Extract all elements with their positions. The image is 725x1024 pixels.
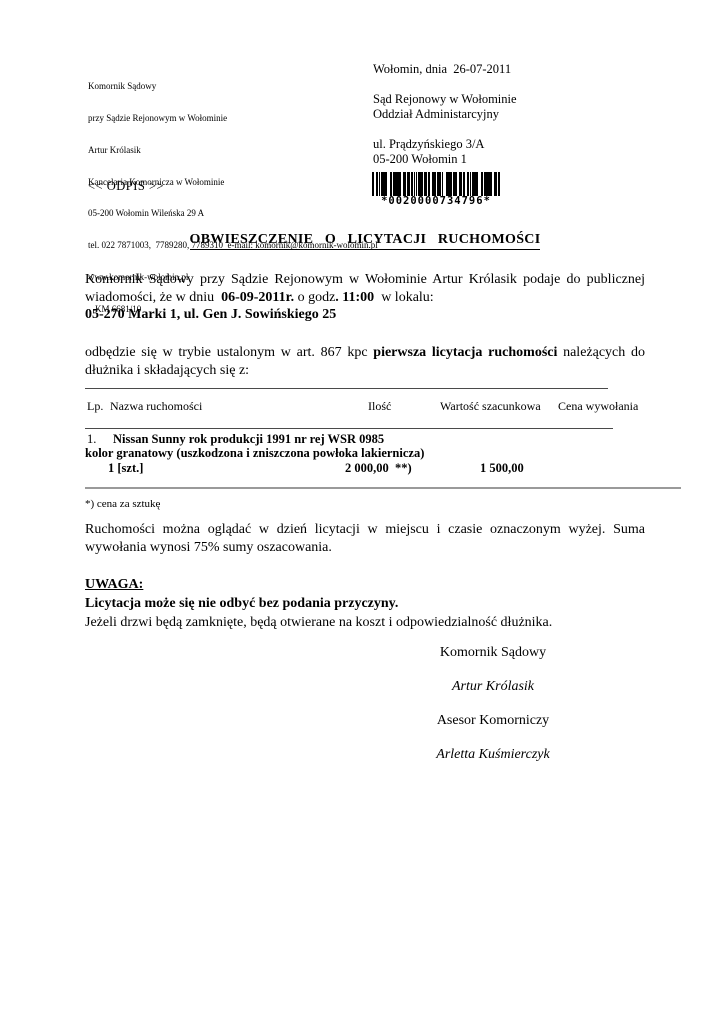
court-city: 05-200 Wołomin 1 (373, 152, 517, 167)
item-name: Nissan Sunny rok produkcji 1991 nr rej W… (113, 432, 384, 447)
auction-paragraph: odbędzie się w trybie ustalonym w art. 8… (85, 344, 645, 379)
announcement-paragraph: Komornik Sądowy przy Sądzie Rejonowym w … (85, 271, 645, 324)
document-page: Komornik Sądowy przy Sądzie Rejonowym w … (0, 0, 725, 1024)
date-line: Wołomin, dnia 26-07-2011 (373, 62, 517, 77)
sender-line: Komornik Sądowy (88, 81, 378, 92)
court-department: Oddział Administarcyjny (373, 107, 517, 122)
announcement-line1: Komornik Sądowy przy Sądzie Rejonowym w … (85, 271, 645, 289)
document-title-text: OBWIESZCZENIE O LICYTACJI RUCHOMOŚCI (190, 232, 541, 250)
auction-type: pierwsza licytacja ruchomości (373, 345, 557, 360)
table-rule-header (85, 428, 613, 429)
signature-name-2: Arletta Kuśmierczyk (330, 738, 656, 772)
sender-line: 05-200 Wołomin Wileńska 29 A (88, 208, 378, 219)
col-header-qty: Ilość (368, 399, 391, 414)
signature-block: Komornik Sądowy Artur Królasik Asesor Ko… (330, 636, 656, 772)
barcode: *0020000734796* (372, 172, 500, 207)
court-name: Sąd Rejonowy w Wołominie (373, 92, 517, 107)
barcode-text: *0020000734796* (372, 195, 500, 207)
signature-role-1: Komornik Sądowy (330, 636, 656, 670)
announcement-line2-pre: wiadomości, że w dniu (85, 290, 221, 305)
barcode-bars-icon (372, 172, 500, 196)
auction-line1-pre: odbędzie się w trybie ustalonym w art. 8… (85, 345, 373, 360)
auction-line1-post: należących do (557, 345, 645, 360)
col-header-price: Cena wywołania (558, 399, 638, 414)
odpis-marker: << ODPIS >> (88, 179, 164, 194)
row-number: 1. (87, 432, 96, 447)
sender-line: Artur Królasik (88, 145, 378, 156)
court-street: ul. Prądzyńskiego 3/A (373, 137, 517, 152)
signature-role-2: Asesor Komorniczy (330, 704, 656, 738)
announcement-line2-post: w lokalu: (374, 290, 434, 305)
item-qty: 1 [szt.] (108, 461, 143, 476)
signature-name-1: Artur Królasik (330, 670, 656, 704)
auction-line2: dłużnika i składających się z: (85, 362, 645, 380)
notice-heading: UWAGA: (85, 575, 645, 594)
col-header-value: Wartość szacunkowa (440, 399, 541, 414)
item-value: 2 000,00 **) (345, 461, 412, 476)
notice-normal-line: Jeżeli drzwi będą zamknięte, będą otwier… (85, 613, 645, 632)
viewing-line2: wywołania wynosi 75% sumy oszacowania. (85, 539, 645, 557)
auction-address: 05-270 Marki 1, ul. Gen J. Sowińskiego 2… (85, 306, 645, 324)
table-rule-top (85, 388, 608, 389)
col-header-lp: Lp. (87, 399, 103, 414)
item-price: 1 500,00 (480, 461, 524, 476)
col-header-name: Nazwa ruchomości (110, 399, 202, 414)
document-title: OBWIESZCZENIE O LICYTACJI RUCHOMOŚCI (85, 230, 645, 250)
table-rule-bottom (85, 487, 681, 489)
viewing-line1: Ruchomości można oglądać w dzień licytac… (85, 521, 645, 539)
notice-bold-line: Licytacja może się nie odbyć bez podania… (85, 594, 645, 613)
items-table: Lp. Nazwa ruchomości Ilość Wartość szacu… (85, 386, 685, 516)
auction-time: . 11:00 (335, 290, 374, 305)
price-footnote: *) cena za sztukę (85, 498, 160, 510)
announcement-line2: wiadomości, że w dniu 06-09-2011r. o god… (85, 289, 645, 307)
sender-line: przy Sądzie Rejonowym w Wołominie (88, 113, 378, 124)
viewing-paragraph: Ruchomości można oglądać w dzień licytac… (85, 521, 645, 556)
auction-date: 06-09-2011r. (221, 290, 294, 305)
announcement-line2-mid: o godz (294, 290, 335, 305)
notice-block: UWAGA: Licytacja może się nie odbyć bez … (85, 575, 645, 632)
recipient-block: Wołomin, dnia 26-07-2011 Sąd Rejonowy w … (373, 62, 517, 167)
item-detail: kolor granatowy (uszkodzona i zniszczona… (85, 446, 424, 461)
auction-line1: odbędzie się w trybie ustalonym w art. 8… (85, 344, 645, 362)
